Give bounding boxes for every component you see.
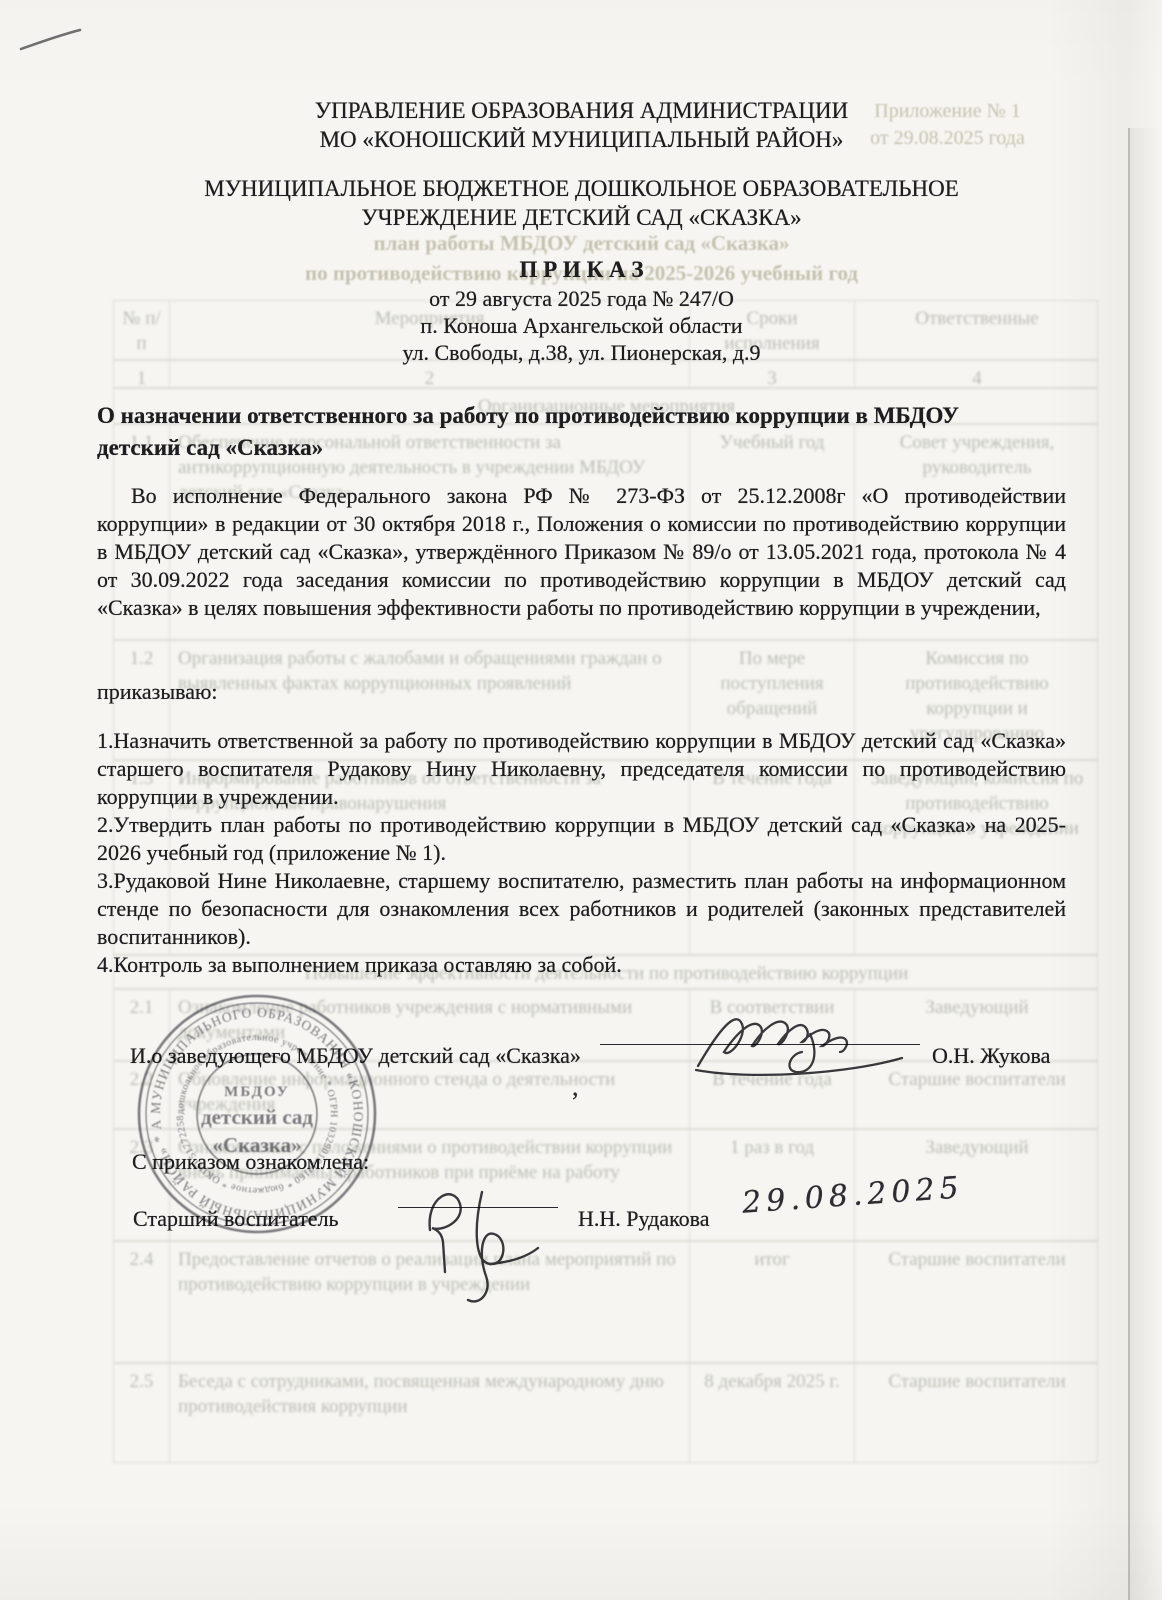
- order-items: 1.Назначить ответственной за работу по п…: [97, 727, 1066, 979]
- page-edge-shadow: [1130, 128, 1162, 1600]
- order-place-line1: п. Коноша Архангельской области: [97, 311, 1066, 340]
- institution-header: МУНИЦИПАЛЬНОЕ БЮДЖЕТНОЕ ДОШКОЛЬНОЕ ОБРАЗ…: [97, 174, 1066, 232]
- pen-stroke-mark: [14, 22, 86, 56]
- institution-header-line2: УЧРЕЖДЕНИЕ ДЕТСКИЙ САД «СКАЗКА»: [97, 203, 1066, 232]
- official-round-stamp: МУНИЦИПАЛЬНОГО ОБРАЗОВАНИЯ «КОНОШСКИЙ МУ…: [133, 990, 381, 1238]
- order-item-3: 3.Рудаковой Нине Николаевне, старшему во…: [97, 867, 1066, 951]
- scanned-order-page: Приложение № 1 от 29.08.2025 года план р…: [0, 0, 1162, 1600]
- order-document: УПРАВЛЕНИЕ ОБРАЗОВАНИЯ АДМИНИСТРАЦИИ МО …: [0, 0, 1162, 1600]
- order-subject-line2: детский сад «Сказка»: [97, 432, 1066, 464]
- order-item-2: 2.Утвердить план работы по противодейств…: [97, 811, 1066, 867]
- signature-rudakova: [402, 1168, 557, 1308]
- stamp-center-abbr: МБДОУ: [224, 1084, 290, 1100]
- org-header-line1: УПРАВЛЕНИЕ ОБРАЗОВАНИЯ АДМИНИСТРАЦИИ: [97, 96, 1066, 125]
- command-word: приказываю:: [97, 678, 1066, 705]
- signature-zhukova: [690, 1002, 910, 1090]
- pen-mark-comma: ,: [572, 1072, 579, 1102]
- order-title: П Р И К А З: [97, 255, 1066, 284]
- order-subject: О назначении ответственного за работу по…: [97, 400, 1066, 464]
- handwritten-date: 29.08.2025: [741, 1170, 965, 1220]
- order-place-line2: ул. Свободы, д.38, ул. Пионерская, д.9: [97, 338, 1066, 367]
- order-item-1: 1.Назначить ответственной за работу по п…: [97, 727, 1066, 811]
- order-date-line: от 29 августа 2025 года № 247/О: [97, 284, 1066, 313]
- director-name: О.Н. Жукова: [932, 1042, 1050, 1070]
- educator-name: Н.Н. Рудакова: [578, 1205, 710, 1233]
- institution-header-line1: МУНИЦИПАЛЬНОЕ БЮДЖЕТНОЕ ДОШКОЛЬНОЕ ОБРАЗ…: [97, 174, 1066, 203]
- order-subject-line1: О назначении ответственного за работу по…: [97, 400, 1066, 432]
- stamp-center-line3: «Сказка»: [212, 1133, 301, 1157]
- order-preamble: Во исполнение Федерального закона РФ № 2…: [97, 482, 1066, 622]
- org-header-line2: МО «КОНОШСКИЙ МУНИЦИПАЛЬНЫЙ РАЙОН»: [97, 125, 1066, 154]
- order-item-4: 4.Контроль за выполнением приказа оставл…: [97, 951, 1066, 979]
- stamp-center-line2: детский сад: [201, 1105, 313, 1129]
- org-header: УПРАВЛЕНИЕ ОБРАЗОВАНИЯ АДМИНИСТРАЦИИ МО …: [97, 96, 1066, 154]
